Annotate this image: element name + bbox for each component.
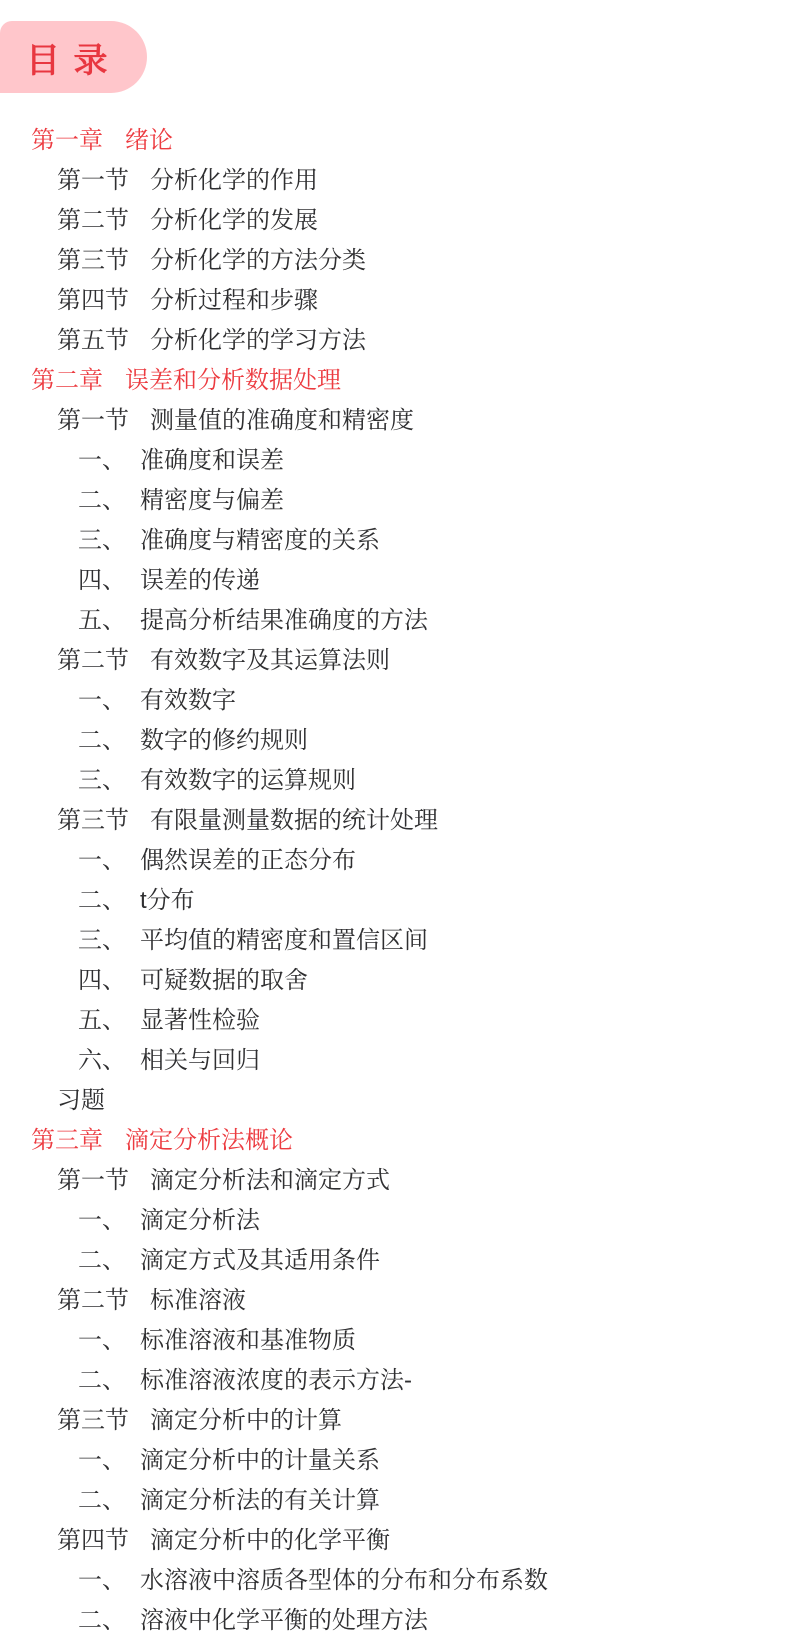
toc-entry-title: 分析化学的学习方法	[150, 320, 366, 355]
toc-entry-sub[interactable]: 五、 提高分析结果准确度的方法	[0, 597, 790, 637]
toc-entry-label: 第二节	[57, 1280, 129, 1315]
toc-entry-label: 二、	[78, 1360, 126, 1395]
toc-entry-chapter[interactable]: 第三章 滴定分析法概论	[0, 1117, 790, 1157]
toc-entry-title: 有效数字及其运算法则	[150, 640, 390, 675]
toc-entry-title: 水溶液中溶质各型体的分布和分布系数	[140, 1560, 548, 1595]
toc-entry-sub[interactable]: 二、 精密度与偏差	[0, 477, 790, 517]
toc-entry-sub[interactable]: 二、 滴定分析法的有关计算	[0, 1477, 790, 1517]
toc-entry-chapter[interactable]: 第二章 误差和分析数据处理	[0, 357, 790, 397]
toc-entry-sub[interactable]: 一、 滴定分析中的计量关系	[0, 1437, 790, 1477]
toc-entry-title: 提高分析结果准确度的方法	[140, 600, 428, 635]
toc-entry-label: 一、	[78, 1440, 126, 1475]
toc-entry-title: 偶然误差的正态分布	[140, 840, 356, 875]
toc-entry-label: 三、	[78, 760, 126, 795]
toc-entry-title: 有效数字的运算规则	[140, 760, 356, 795]
toc-entry-sub[interactable]: 二、 数字的修约规则	[0, 717, 790, 757]
toc-entry-label: 一、	[78, 1320, 126, 1355]
toc-entry-plain[interactable]: 习题	[0, 1077, 790, 1117]
toc-entry-title: 分析过程和步骤	[150, 280, 318, 315]
toc-entry-label: 一、	[78, 440, 126, 475]
toc-entry-sub[interactable]: 六、 相关与回归	[0, 1037, 790, 1077]
toc-entry-title: 滴定方式及其适用条件	[140, 1240, 380, 1275]
toc-entry-sub[interactable]: 二、 t分布	[0, 877, 790, 917]
toc-entry-title: 标准溶液	[150, 1280, 246, 1315]
toc-entry-title: 可疑数据的取舍	[140, 960, 308, 995]
toc-entry-title: 分析化学的方法分类	[150, 240, 366, 275]
toc-entry-sub[interactable]: 二、 溶液中化学平衡的处理方法	[0, 1597, 790, 1637]
toc-entry-sub[interactable]: 一、 标准溶液和基准物质	[0, 1317, 790, 1357]
toc-entry-label: 第三章	[31, 1120, 103, 1155]
toc-entry-label: 第四节	[57, 1520, 129, 1555]
toc-entry-label: 一、	[78, 1200, 126, 1235]
toc-entry-title: 准确度与精密度的关系	[140, 520, 380, 555]
toc-entry-label: 第一章	[31, 120, 103, 155]
toc-entry-title: 分析化学的发展	[150, 200, 318, 235]
toc-entry-chapter[interactable]: 第一章 绪论	[0, 117, 790, 157]
toc-entry-title: 相关与回归	[140, 1040, 260, 1075]
toc-entry-label: 第三节	[57, 800, 129, 835]
toc-entry-label: 第三节	[57, 240, 129, 275]
toc-entry-label: 四、	[78, 560, 126, 595]
toc-entry-title: 准确度和误差	[140, 440, 284, 475]
toc-entry-section[interactable]: 第五节 分析化学的学习方法	[0, 317, 790, 357]
toc-entry-sub[interactable]: 四、 可疑数据的取舍	[0, 957, 790, 997]
toc-entry-title: 显著性检验	[140, 1000, 260, 1035]
toc-entry-title: 溶液中化学平衡的处理方法	[140, 1600, 428, 1635]
toc-entry-label: 二、	[78, 480, 126, 515]
toc-entry-title: 习题	[57, 1080, 105, 1115]
toc-entry-label: 第一节	[57, 160, 129, 195]
toc-entry-sub[interactable]: 一、 水溶液中溶质各型体的分布和分布系数	[0, 1557, 790, 1597]
toc-entry-title: 滴定分析法	[140, 1200, 260, 1235]
toc-entry-label: 第五节	[57, 320, 129, 355]
toc-entry-label: 二、	[78, 720, 126, 755]
toc-entry-section[interactable]: 第一节 测量值的准确度和精密度	[0, 397, 790, 437]
toc-list: 第一章 绪论 第一节 分析化学的作用 第二节 分析化学的发展 第三节 分析化学的…	[0, 117, 790, 1637]
toc-entry-section[interactable]: 第一节 滴定分析法和滴定方式	[0, 1157, 790, 1197]
toc-entry-sub[interactable]: 三、 平均值的精密度和置信区间	[0, 917, 790, 957]
toc-entry-sub[interactable]: 一、 滴定分析法	[0, 1197, 790, 1237]
toc-entry-label: 一、	[78, 840, 126, 875]
toc-entry-title: 精密度与偏差	[140, 480, 284, 515]
toc-entry-label: 六、	[78, 1040, 126, 1075]
toc-entry-label: 第二章	[31, 360, 103, 395]
toc-entry-sub[interactable]: 一、 准确度和误差	[0, 437, 790, 477]
toc-entry-title: 数字的修约规则	[140, 720, 308, 755]
toc-entry-label: 二、	[78, 1600, 126, 1635]
toc-entry-section[interactable]: 第四节 分析过程和步骤	[0, 277, 790, 317]
toc-entry-label: 三、	[78, 920, 126, 955]
toc-entry-sub[interactable]: 五、 显著性检验	[0, 997, 790, 1037]
toc-entry-sub[interactable]: 一、 有效数字	[0, 677, 790, 717]
toc-entry-section[interactable]: 第三节 分析化学的方法分类	[0, 237, 790, 277]
toc-entry-title: 有限量测量数据的统计处理	[150, 800, 438, 835]
toc-header-title: 目 录	[26, 33, 109, 82]
toc-entry-label: 二、	[78, 1480, 126, 1515]
toc-entry-title: 误差和分析数据处理	[125, 360, 341, 395]
toc-entry-title: t分布	[140, 880, 195, 915]
toc-entry-label: 五、	[78, 600, 126, 635]
toc-entry-title: 分析化学的作用	[150, 160, 318, 195]
toc-entry-sub[interactable]: 二、 滴定方式及其适用条件	[0, 1237, 790, 1277]
toc-entry-sub[interactable]: 一、 偶然误差的正态分布	[0, 837, 790, 877]
toc-entry-section[interactable]: 第二节 有效数字及其运算法则	[0, 637, 790, 677]
toc-entry-label: 五、	[78, 1000, 126, 1035]
toc-entry-title: 标准溶液和基准物质	[140, 1320, 356, 1355]
toc-entry-title: 滴定分析中的化学平衡	[150, 1520, 390, 1555]
toc-entry-section[interactable]: 第三节 滴定分析中的计算	[0, 1397, 790, 1437]
toc-entry-title: 滴定分析法的有关计算	[140, 1480, 380, 1515]
toc-entry-label: 一、	[78, 680, 126, 715]
toc-entry-label: 第四节	[57, 280, 129, 315]
toc-entry-sub[interactable]: 四、 误差的传递	[0, 557, 790, 597]
toc-entry-label: 第三节	[57, 1400, 129, 1435]
toc-entry-section[interactable]: 第三节 有限量测量数据的统计处理	[0, 797, 790, 837]
toc-entry-sub[interactable]: 三、 有效数字的运算规则	[0, 757, 790, 797]
toc-entry-label: 第一节	[57, 1160, 129, 1195]
toc-header-pill: 目 录	[0, 21, 147, 93]
toc-entry-section[interactable]: 第四节 滴定分析中的化学平衡	[0, 1517, 790, 1557]
toc-entry-section[interactable]: 第二节 分析化学的发展	[0, 197, 790, 237]
toc-entry-label: 第一节	[57, 400, 129, 435]
toc-entry-title: 有效数字	[140, 680, 236, 715]
toc-entry-title: 标准溶液浓度的表示方法-	[140, 1360, 412, 1395]
toc-entry-label: 第二节	[57, 200, 129, 235]
toc-entry-label: 二、	[78, 1240, 126, 1275]
toc-entry-section[interactable]: 第一节 分析化学的作用	[0, 157, 790, 197]
toc-entry-sub[interactable]: 二、 标准溶液浓度的表示方法-	[0, 1357, 790, 1397]
toc-entry-title: 测量值的准确度和精密度	[150, 400, 414, 435]
toc-entry-title: 滴定分析中的计算	[150, 1400, 342, 1435]
toc-entry-label: 四、	[78, 960, 126, 995]
toc-entry-title: 滴定分析中的计量关系	[140, 1440, 380, 1475]
toc-entry-title: 滴定分析法和滴定方式	[150, 1160, 390, 1195]
toc-entry-sub[interactable]: 三、 准确度与精密度的关系	[0, 517, 790, 557]
toc-entry-title: 绪论	[125, 120, 173, 155]
toc-entry-label: 第二节	[57, 640, 129, 675]
toc-entry-label: 三、	[78, 520, 126, 555]
toc-entry-section[interactable]: 第二节 标准溶液	[0, 1277, 790, 1317]
toc-entry-title: 滴定分析法概论	[125, 1120, 293, 1155]
toc-entry-label: 二、	[78, 880, 126, 915]
toc-entry-label: 一、	[78, 1560, 126, 1595]
toc-entry-title: 平均值的精密度和置信区间	[140, 920, 428, 955]
toc-entry-title: 误差的传递	[140, 560, 260, 595]
